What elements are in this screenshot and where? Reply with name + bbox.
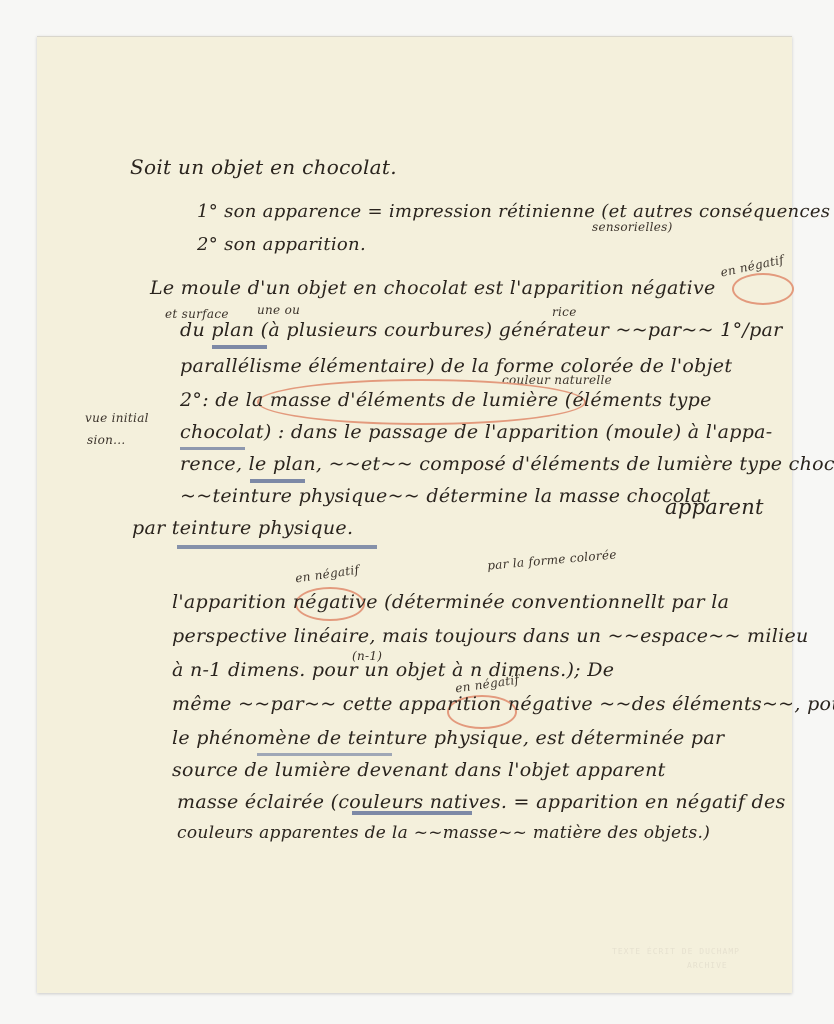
text-moule: Le moule d'un objet en chocolat est l'ap… [150, 277, 716, 299]
red-circle-annotation [732, 273, 794, 305]
text-determine: ~~teinture physique~~ détermine la masse… [180, 485, 710, 507]
text-teinture: par teinture physique. [132, 517, 353, 539]
stamp-text: ARCHIVE [687, 961, 728, 970]
line-determine: ~~teinture physique~~ détermine la masse… [180, 485, 710, 507]
blue-underline-mark [177, 545, 377, 549]
line-moule: Le moule d'un objet en chocolat est l'ap… [150, 277, 716, 299]
text-masse: 2°: de la masse d'éléments de lumière (é… [180, 389, 712, 411]
text-apparent: apparent [665, 495, 764, 519]
text-masse-eclairee: masse éclairée (couleurs natives. = appa… [177, 791, 786, 813]
annotation-rice: rice [552, 305, 577, 319]
text-dimens: à n-1 dimens. pour un objet à n dimens.)… [172, 659, 614, 681]
line-rence: rence, le plan, ~~et~~ composé d'élément… [180, 453, 834, 475]
text-phenomene: le phénomène de teinture physique, est d… [172, 727, 724, 749]
blue-underline-mark [257, 753, 392, 756]
archive-stamp-line-1: TEXTE ÉCRIT DE DUCHAMP [612, 947, 740, 956]
text-apparition: 2° son apparition. [197, 234, 366, 255]
text-parallelisme: parallélisme élémentaire) de la forme co… [180, 355, 732, 377]
line-meme: même ~~par~~ cette apparition négative ~… [172, 693, 834, 715]
blue-underline-mark [250, 479, 305, 483]
line-masse-eclairee: masse éclairée (couleurs natives. = appa… [177, 791, 786, 813]
line-parallelisme: parallélisme élémentaire) de la forme co… [180, 355, 732, 377]
margin-note-1: vue initial [85, 411, 149, 425]
annotation-text: par la forme colorée [487, 547, 618, 572]
line-apparence: 1° son apparence = impression rétinienne… [197, 201, 830, 222]
text-perspective: perspective linéaire, mais toujours dans… [172, 625, 809, 647]
heading-text: Soit un objet en chocolat. [130, 155, 397, 179]
text-couleurs-apparentes: couleurs apparentes de la ~~masse~~ mati… [177, 823, 710, 843]
text-apparition-negative: l'apparition négative (déterminée conven… [172, 591, 729, 613]
margin-text: vue initial [85, 411, 149, 425]
annotation-en-negatif-2: en négatif [294, 563, 360, 586]
annotation-text: en négatif [294, 563, 360, 586]
stamp-text: TEXTE ÉCRIT DE DUCHAMP [612, 947, 740, 956]
heading-line: Soit un objet en chocolat. [130, 155, 397, 179]
annotation-text: rice [552, 305, 577, 319]
margin-text: sion... [87, 433, 126, 447]
line-plan: du plan (à plusieurs courbures) générate… [180, 319, 783, 341]
line-apparent: apparent [665, 495, 764, 519]
annotation-forme-coloree: par la forme colorée [487, 547, 618, 572]
text-meme: même ~~par~~ cette apparition négative ~… [172, 693, 834, 715]
annotation-text: une ou [257, 303, 300, 317]
line-teinture: par teinture physique. [132, 517, 353, 539]
text-rence: rence, le plan, ~~et~~ composé d'élément… [180, 453, 834, 475]
text-source: source de lumière devenant dans l'objet … [172, 759, 666, 781]
line-masse: 2°: de la masse d'éléments de lumière (é… [180, 389, 712, 411]
line-phenomene: le phénomène de teinture physique, est d… [172, 727, 724, 749]
line-chocolat: chocolat) : dans le passage de l'apparit… [180, 421, 773, 443]
line-apparition: 2° son apparition. [197, 234, 366, 255]
line-apparition-negative: l'apparition négative (déterminée conven… [172, 591, 729, 613]
text-plan: du plan (à plusieurs courbures) générate… [180, 319, 783, 341]
line-dimens: à n-1 dimens. pour un objet à n dimens.)… [172, 659, 614, 681]
blue-underline-mark [180, 447, 245, 450]
blue-underline-mark [212, 345, 267, 349]
line-source: source de lumière devenant dans l'objet … [172, 759, 666, 781]
text-apparence: 1° son apparence = impression rétinienne… [197, 201, 830, 222]
line-perspective: perspective linéaire, mais toujours dans… [172, 625, 809, 647]
archive-stamp-line-2: ARCHIVE [687, 961, 728, 970]
text-chocolat: chocolat) : dans le passage de l'apparit… [180, 421, 773, 443]
margin-note-2: sion... [87, 433, 126, 447]
manuscript-page: Soit un objet en chocolat. 1° son appare… [37, 36, 792, 993]
blue-underline-mark [352, 811, 472, 815]
line-sensorielles: sensorielles) [592, 220, 673, 234]
annotation-une-ou: une ou [257, 303, 300, 317]
text-sensorielles: sensorielles) [592, 220, 673, 234]
line-couleurs-apparentes: couleurs apparentes de la ~~masse~~ mati… [177, 823, 710, 843]
